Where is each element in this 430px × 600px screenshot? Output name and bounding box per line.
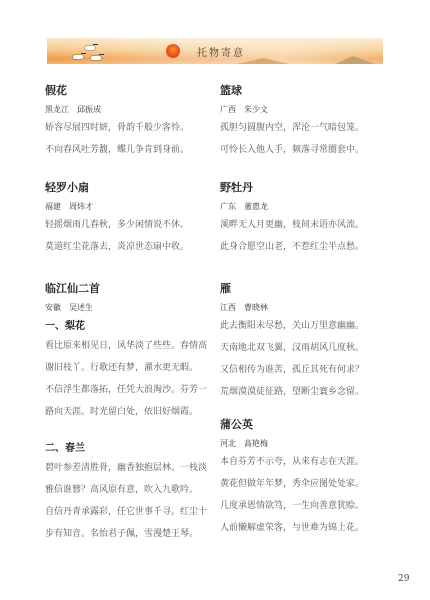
poem-jiahua: 假花 黑龙江 邱振成 娇容尽展四时妍，骨韵千般少客怜。 不向春风吐芳馥，蝶儿争肯…	[45, 83, 225, 161]
poem-author: 黑龙江 邱振成	[45, 103, 225, 117]
poem-title: 野牡丹	[220, 180, 400, 196]
crane-icon	[73, 55, 83, 59]
poem-line: 莫道红尘花落去，炎凉世态扇中收。	[45, 236, 225, 258]
poem-subtitle: 二、春兰	[45, 441, 225, 457]
poem-line: 此去衡阳未尽愁，关山万里意幽幽。	[220, 315, 400, 337]
poem-yemudan: 野牡丹 广东 董惠龙 溪畔无人月更幽，枝间未语亦风流。 此身合愿空山老，不惹红尘…	[220, 180, 400, 258]
poem-subtitle: 一、梨花	[45, 319, 225, 335]
section-banner: 托物寄意	[47, 38, 383, 64]
poem-qingluoxiaoshan: 轻罗小扇 福建 周炜才 轻摇烟雨几春秋，多少闲情说不休。 莫道红尘花落去，炎凉世…	[45, 180, 225, 258]
crane-icon	[91, 56, 101, 60]
poem-line: 天南地北双飞翼，汉雨胡风几度秋。	[220, 337, 400, 359]
poem-line: 本自芬芳不示夸，从来有志在天涯。	[220, 451, 400, 473]
poem-line: 步有知音。名怡君子佩，雪漫楚王琴。	[45, 523, 225, 545]
poem-author: 福建 周炜才	[45, 200, 225, 214]
poem-line: 路向天涯。时光留白处，依旧好烟霞。	[45, 401, 225, 423]
poem-line: 荒烟漠漠徒征路，望断尘寰乡念留。	[220, 381, 400, 403]
poem-author: 河北 高艳梅	[220, 437, 400, 451]
poem-title: 篮球	[220, 83, 400, 99]
poem-line: 溪畔无人月更幽，枝间未语亦风流。	[220, 214, 400, 236]
poem-author: 江西 曹晓林	[220, 301, 400, 315]
poem-author: 广西 朱少文	[220, 103, 400, 117]
poem-line: 碧叶参差清胜骨，幽香独抱层林。一枝淡	[45, 457, 225, 479]
poem-line: 娇容尽展四时妍，骨韵千般少客怜。	[45, 117, 225, 139]
poem-yan: 雁 江西 曹晓林 此去衡阳未尽愁，关山万里意幽幽。 天南地北双飞翼，汉雨胡风几度…	[220, 281, 400, 403]
poem-title: 蒲公英	[220, 417, 400, 433]
poem-line: 谢旧枝丫。行歌还有梦，濯水更无暇。	[45, 357, 225, 379]
poem-linjiangxian: 临江仙二首 安徽 吴述生 一、梨花 看比原来相见日，风华淡了些些。春情高 谢旧枝…	[45, 281, 225, 545]
poem-title: 轻罗小扇	[45, 180, 225, 196]
poem-line: 又信相传为谁苦，孤丘其死有何求？	[220, 359, 400, 381]
poem-author: 安徽 吴述生	[45, 301, 225, 315]
poem-line: 黄花但做年年梦，秀伞应图处处家。	[220, 473, 400, 495]
poem-title: 临江仙二首	[45, 281, 225, 297]
poem-line: 孤胆匀圆腹内空，浑沦一气暗包笼。	[220, 117, 400, 139]
crane-icon	[85, 46, 95, 50]
poem-line: 看比原来相见日，风华淡了些些。春情高	[45, 335, 225, 357]
mountain-icon	[335, 56, 375, 64]
section-title: 托物寄意	[197, 44, 245, 59]
poem-line: 可怜长入他人手，频落寻常圈套中。	[220, 139, 400, 161]
poem-title: 雁	[220, 281, 400, 297]
page-number: 29	[398, 574, 409, 584]
poem-line: 不信浮生都落拓，任凭大浪淘沙。芬芳一	[45, 379, 225, 401]
poem-line: 人前懒解虚荣客，与世难为锦上花。	[220, 517, 400, 539]
poem-line: 不向春风吐芳馥，蝶儿争肯到身前。	[45, 139, 225, 161]
poem-line: 轻摇烟雨几春秋，多少闲情说不休。	[45, 214, 225, 236]
poem-line: 自信丹青承露彩，任它世事千寻。红尘十	[45, 501, 225, 523]
poem-title: 假花	[45, 83, 225, 99]
poem-line: 此身合愿空山老，不惹红尘半点愁。	[220, 236, 400, 258]
poem-lanqiu: 篮球 广西 朱少文 孤胆匀圆腹内空，浑沦一气暗包笼。 可怜长入他人手，频落寻常圈…	[220, 83, 400, 161]
poem-author: 广东 董惠龙	[220, 200, 400, 214]
sun-icon	[166, 44, 180, 58]
poem-line: 雅信谁簪？高风原有意，吹入九歌吟。	[45, 479, 225, 501]
poem-pugongying: 蒲公英 河北 高艳梅 本自芬芳不示夸，从来有志在天涯。 黄花但做年年梦，秀伞应图…	[220, 417, 400, 539]
poem-line: 几度承恩情欲笃，一生向善意犹赊。	[220, 495, 400, 517]
